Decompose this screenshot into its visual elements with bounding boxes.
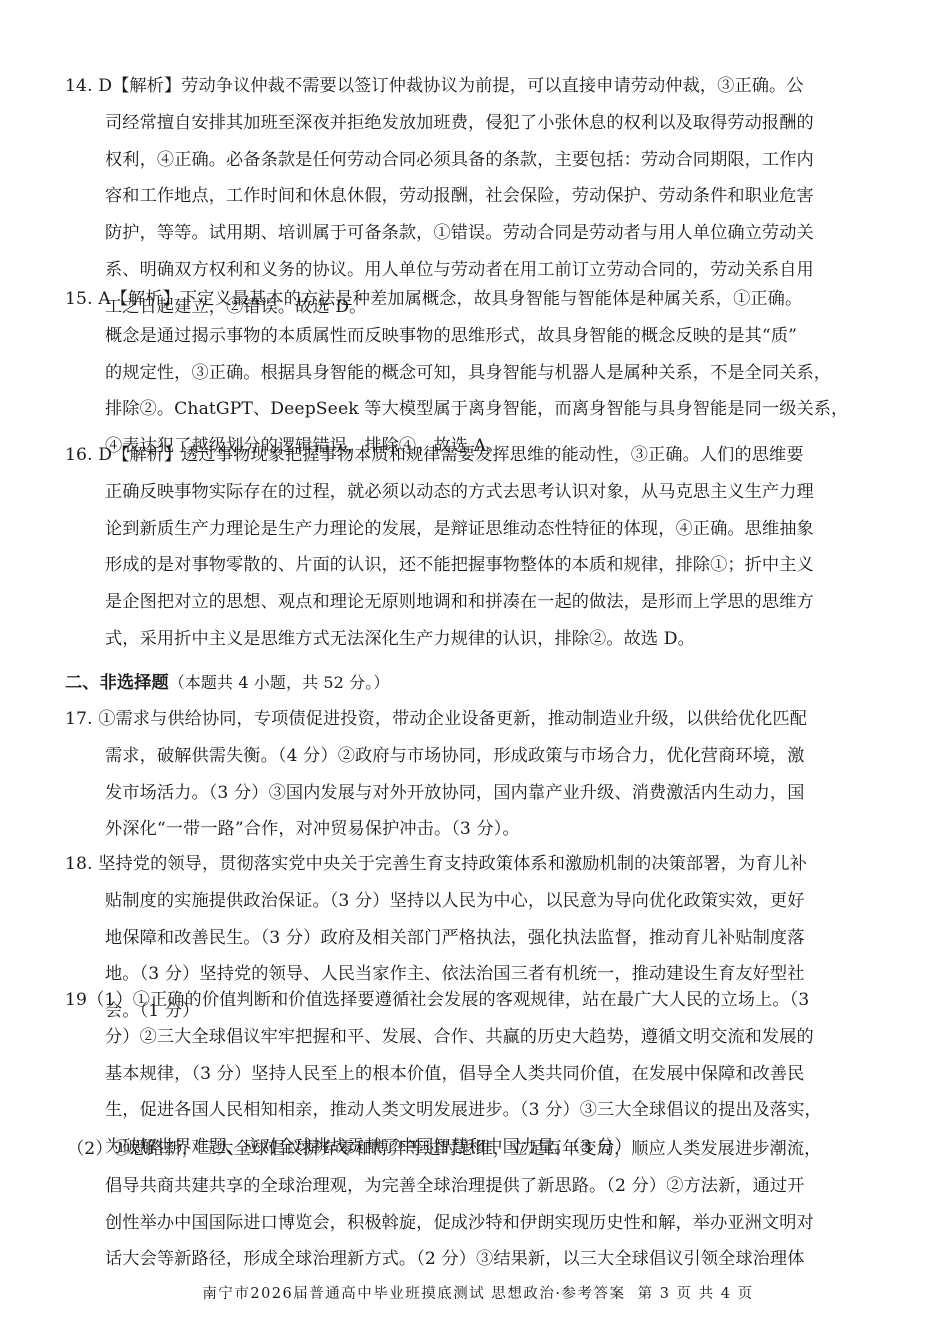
q17-line-1: 17. ①需求与供给协同，专项债促进投资，带动企业设备更新，推动制造业升级，以供… [65, 709, 807, 729]
q14-line-5: 防护，等等。试用期、培训属于可备条款，①错误。劳动合同是劳动者与用人单位确立劳动… [105, 223, 814, 243]
q19-2-line-4: 话大会等新路径，形成全球治理新方式。（2 分）③结果新，以三大全球倡议引领全球治… [105, 1249, 805, 1269]
q16-line-3: 论到新质生产力理论是生产力理论的发展，是辩证思维动态性特征的体现，④正确。思维抽… [105, 519, 814, 539]
page-footer: 南宁市2026届普通高中毕业班摸底测试 思想政治·参考答案 第 3 页 共 4 … [0, 1282, 950, 1303]
q19-2-line-2: 倡导共商共建共享的全球治理观，为完善全球治理提供了新思路。（2 分）②方法新，通… [105, 1176, 805, 1196]
q15-line-1: 15. A【解析】下定义最基本的方法是种差加属概念，故具身智能与智能体是种属关系… [65, 289, 802, 309]
q19-1-number: 19 [65, 990, 87, 1010]
q16-line-4: 形成的是对事物零散的、片面的认识，还不能把握事物整体的本质和规律，排除①；折中主… [105, 555, 814, 575]
section-2-title: 二、非选择题 [65, 673, 169, 693]
q18-line-1: 18. 坚持党的领导，贯彻落实党中央关于完善生育支持政策体系和激励机制的决策部署… [65, 854, 807, 874]
answer-key-page: 南宁市2026届普通高中毕业班摸底测试 思想政治·参考答案 第 3 页 共 4 … [0, 0, 950, 1343]
q14-line-4: 容和工作地点，工作时间和休息休假，劳动报酬，社会保险，劳动保护、劳动条件和职业危… [105, 186, 814, 206]
q17-line-4: 外深化“一带一路”合作，对冲贸易保护冲击。（3 分）。 [105, 819, 520, 839]
q14-line-6: 系、明确双方权利和义务的协议。用人单位与劳动者在用工前订立劳动合同的，劳动关系自… [105, 260, 814, 280]
q18-line-4: 地。（3 分）坚持党的领导、人民当家作主、依法治国三者有机统一，推动建设生育友好… [105, 964, 805, 984]
q19-1-line-1: 19（1）①正确的价值判断和价值选择要遵循社会发展的客观规律，站在最广大人民的立… [65, 990, 809, 1010]
q17-line-3: 发市场活力。（3 分）③国内发展与对外开放协同，国内靠产业升级、消费激活内生动力… [105, 783, 805, 803]
q14-line-2: 司经常擅自安排其加班至深夜并拒绝发放加班费，侵犯了小张休息的权利以及取得劳动报酬… [105, 113, 814, 133]
q15-line-4: 排除②。ChatGPT、DeepSeek 等大模型属于离身智能，而离身智能与具身… [105, 399, 848, 419]
q19-2-line-3: 创性举办中国国际进口博览会，积极斡旋，促成沙特和伊朗实现历史性和解，举办亚洲文明… [105, 1213, 814, 1233]
footer-exam-title: 南宁市2026届普通高中毕业班摸底测试 思想政治·参考答案 [202, 1286, 625, 1302]
q14-number: 14. [65, 76, 93, 96]
q15-line-3: 的规定性，③正确。根据具身智能的概念可知，具身智能与机器人是属种关系，不是全同关… [105, 363, 831, 383]
q16-line-6: 式，采用折中主义是思维方式无法深化生产力规律的认识，排除②。故选 D。 [105, 629, 695, 649]
q16-line-5: 是企图把对立的思想、观点和理论无原则地调和和拼凑在一起的做法，是形而上学思的思维… [105, 592, 814, 612]
q14-line-1: 14. D【解析】劳动争议仲裁不需要以签订仲裁协议为前提，可以直接申请劳动仲裁，… [65, 76, 804, 96]
q15-number: 15. [65, 289, 93, 309]
q16-number: 16. [65, 445, 93, 465]
q17-line-2: 需求，破解供需失衡。（4 分）②政府与市场协同，形成政策与市场合力，优化营商环境… [105, 746, 805, 766]
q18-number: 18. [65, 854, 93, 874]
q19-1-line-3: 基本规律，（3 分）坚持人民至上的根本价值，倡导全人类共同价值，在发展中保障和改… [105, 1064, 805, 1084]
q18-line-3: 地保障和改善民生。（3 分）政府及相关部门严格执法，强化执法监督，推动育儿补贴制… [105, 928, 805, 948]
q19-2-line-1: （2）①思路新，三大全球倡议摒弃零和博弈等过时思维，立足百年变局，顺应人类发展进… [67, 1139, 821, 1159]
q16-line-1: 16. D【解析】透过事物现象把握事物本质和规律需要发挥思维的能动性，③正确。人… [65, 445, 804, 465]
q15-line-2: 概念是通过揭示事物的本质属性而反映事物的思维形式，故具身智能的概念反映的是其“质… [105, 326, 797, 346]
q14-line-3: 权利，④正确。必备条款是任何劳动合同必须具备的条款，主要包括：劳动合同期限，工作… [105, 150, 814, 170]
q16-line-2: 正确反映事物实际存在的过程，就必须以动态的方式去思考认识对象，从马克思主义生产力… [105, 482, 814, 502]
q19-1-line-4: 生，促进各国人民相知相亲，推动人类文明发展进步。（3 分）③三大全球倡议的提出及… [105, 1100, 822, 1120]
q18-line-2: 贴制度的实施提供政治保证。（3 分）坚持以人民为中心，以民意为导向优化政策实效，… [105, 891, 805, 911]
footer-page-number: 第 3 页 共 4 页 [638, 1286, 754, 1302]
section-2-note: （本题共 4 小题，共 52 分。） [169, 673, 390, 692]
q19-1-line-2: 分）②三大全球倡议牢牢把握和平、发展、合作、共赢的历史大趋势，遵循文明交流和发展… [105, 1027, 814, 1047]
section-2-heading: 二、非选择题（本题共 4 小题，共 52 分。） [65, 673, 389, 693]
q17-number: 17. [65, 709, 93, 729]
